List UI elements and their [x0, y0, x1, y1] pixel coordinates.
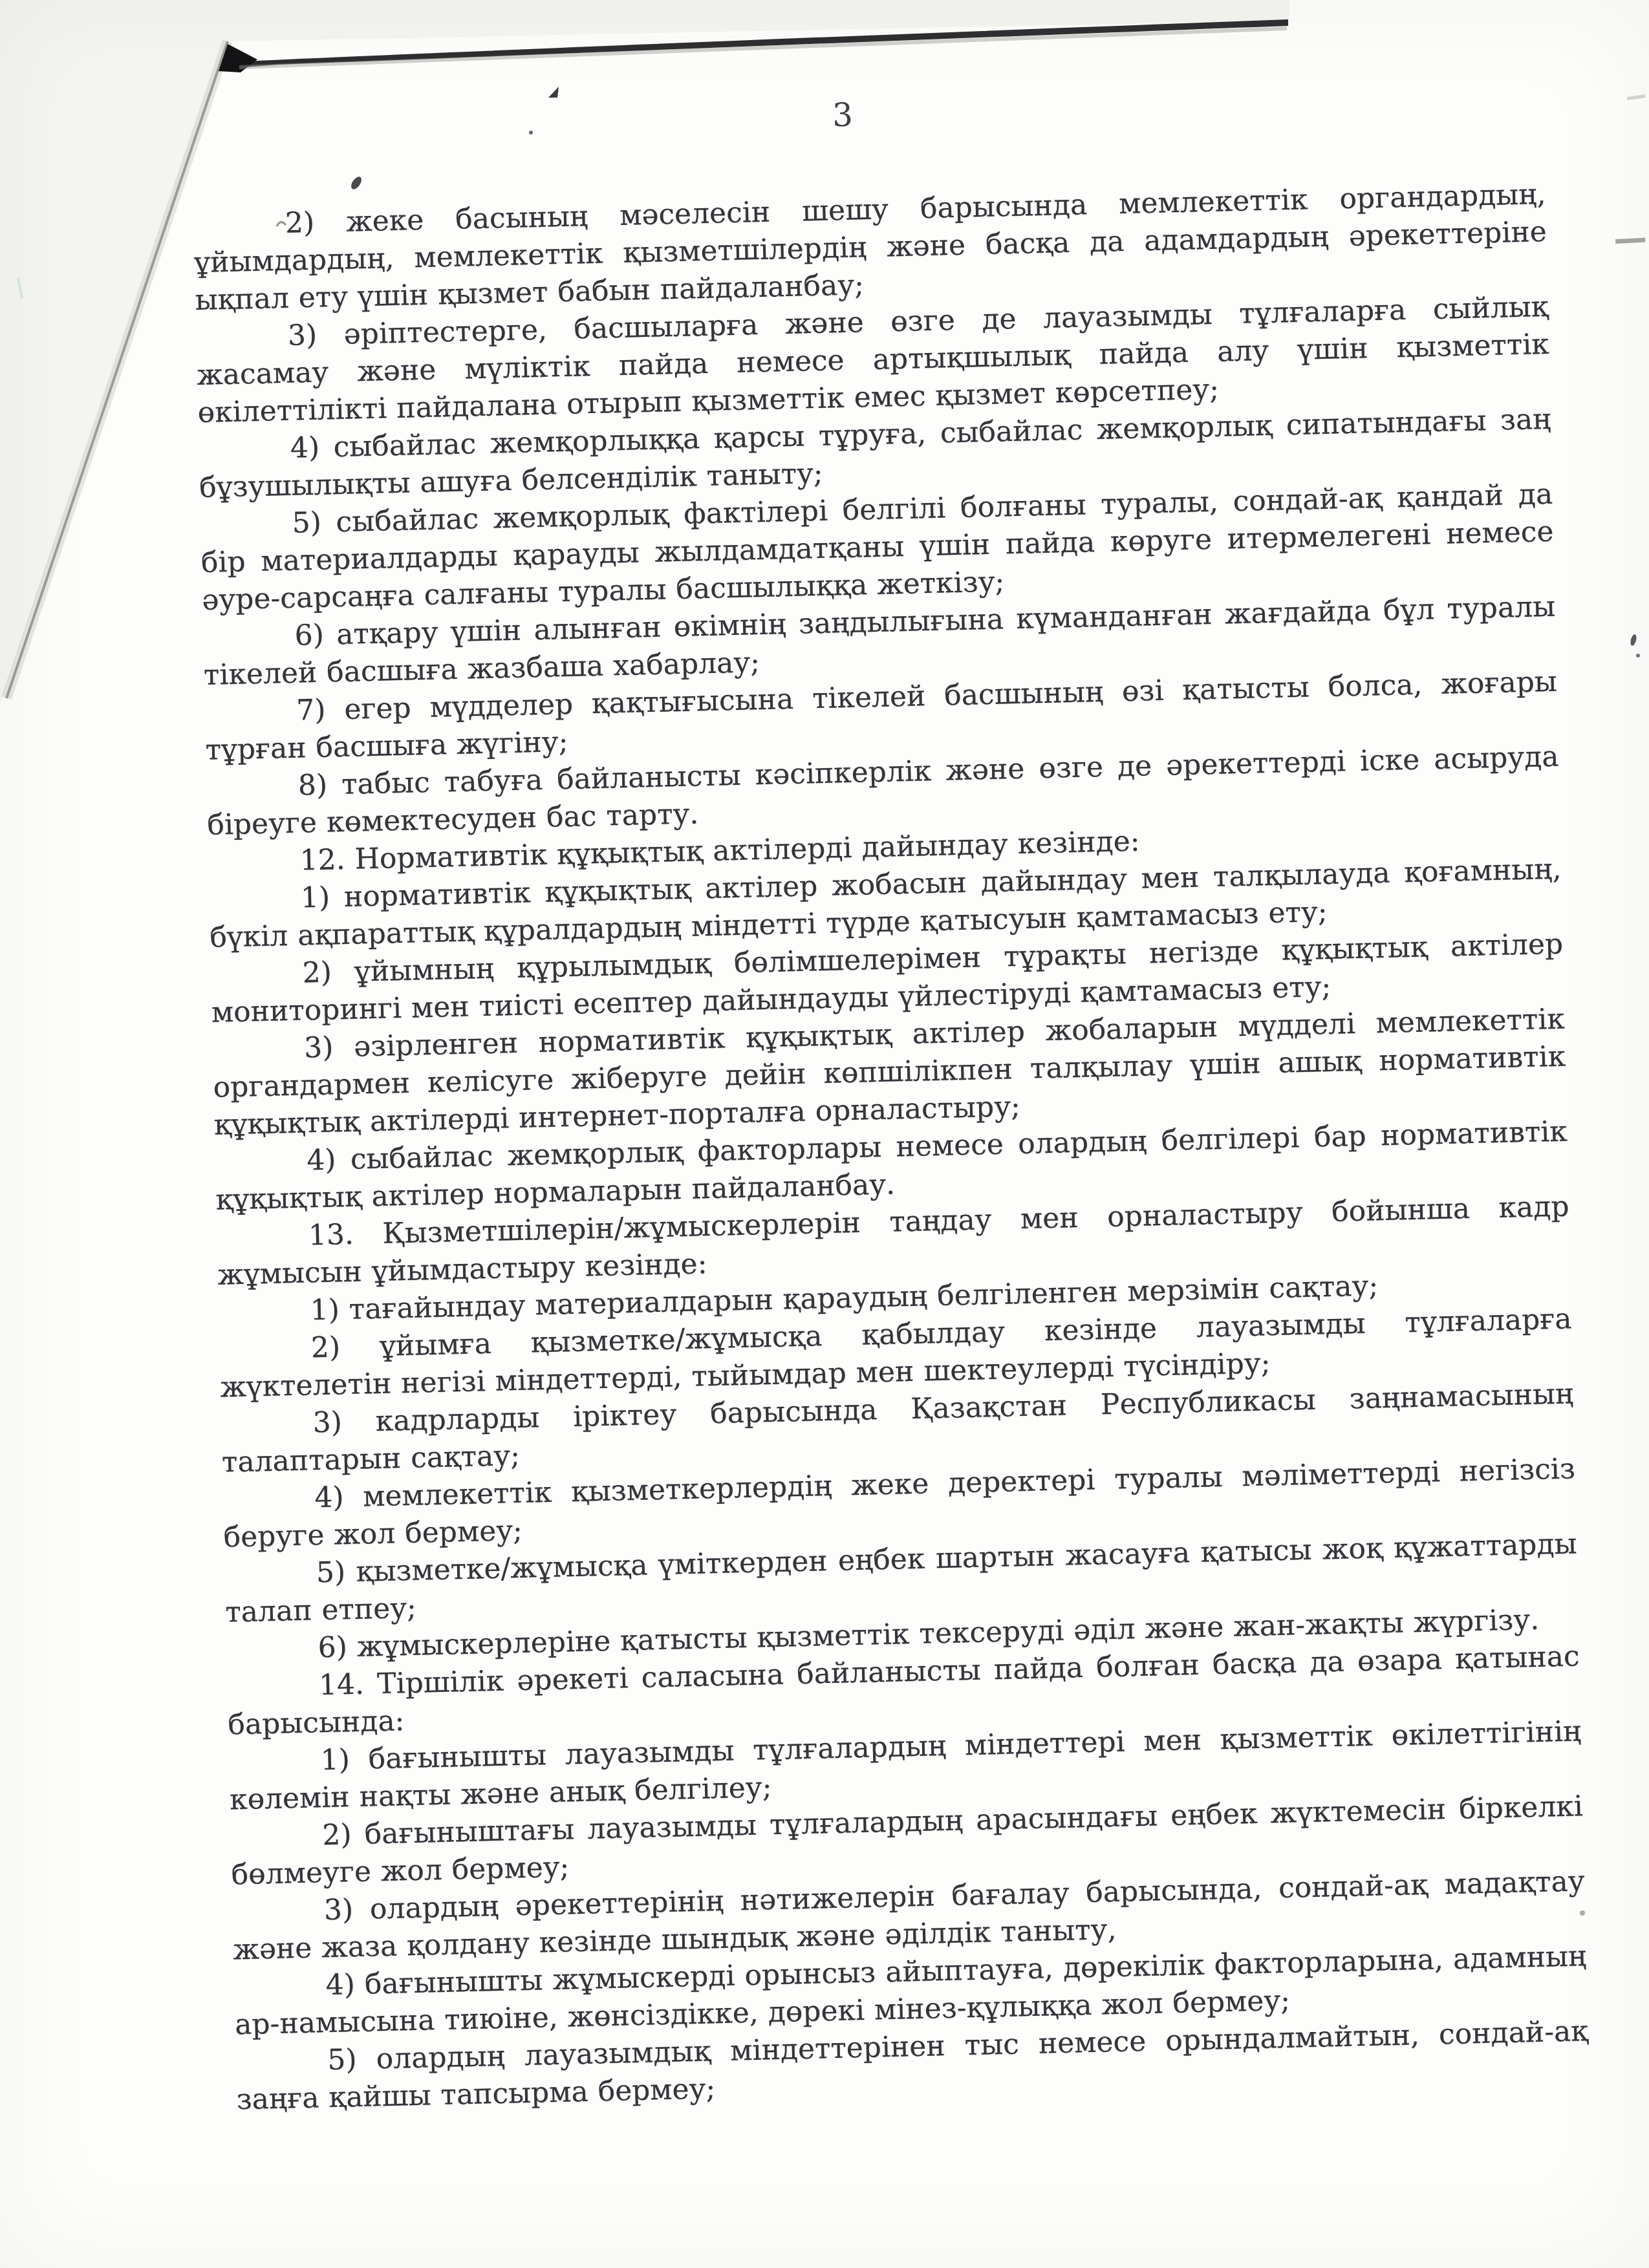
page-top-edge-corner-blob: [219, 44, 257, 72]
page-top-edge-fuzz: [239, 28, 1287, 67]
scanner-dash-artifact: [1627, 94, 1645, 100]
scan-speck: [529, 131, 533, 134]
scanned-document-page: 3 2) жеке басының мәселесін шешу барысын…: [0, 0, 1649, 2268]
scan-streak-artifact: [18, 278, 22, 299]
scan-speck: [548, 87, 559, 98]
scanner-dash-artifact: [1615, 238, 1645, 244]
page-top-edge-shadow: [228, 19, 1288, 69]
scan-speck: [349, 175, 363, 191]
page-number: 3: [813, 95, 872, 135]
page-left-edge-soft-line: [6, 41, 228, 698]
scan-speck: [1630, 634, 1637, 646]
page-left-edge-line: [6, 41, 228, 698]
document-body: 2) жеке басының мәселесін шешу барысында…: [193, 176, 1590, 2119]
page-left-edge-shadow: [6, 41, 228, 698]
scan-speck: [1636, 654, 1640, 658]
